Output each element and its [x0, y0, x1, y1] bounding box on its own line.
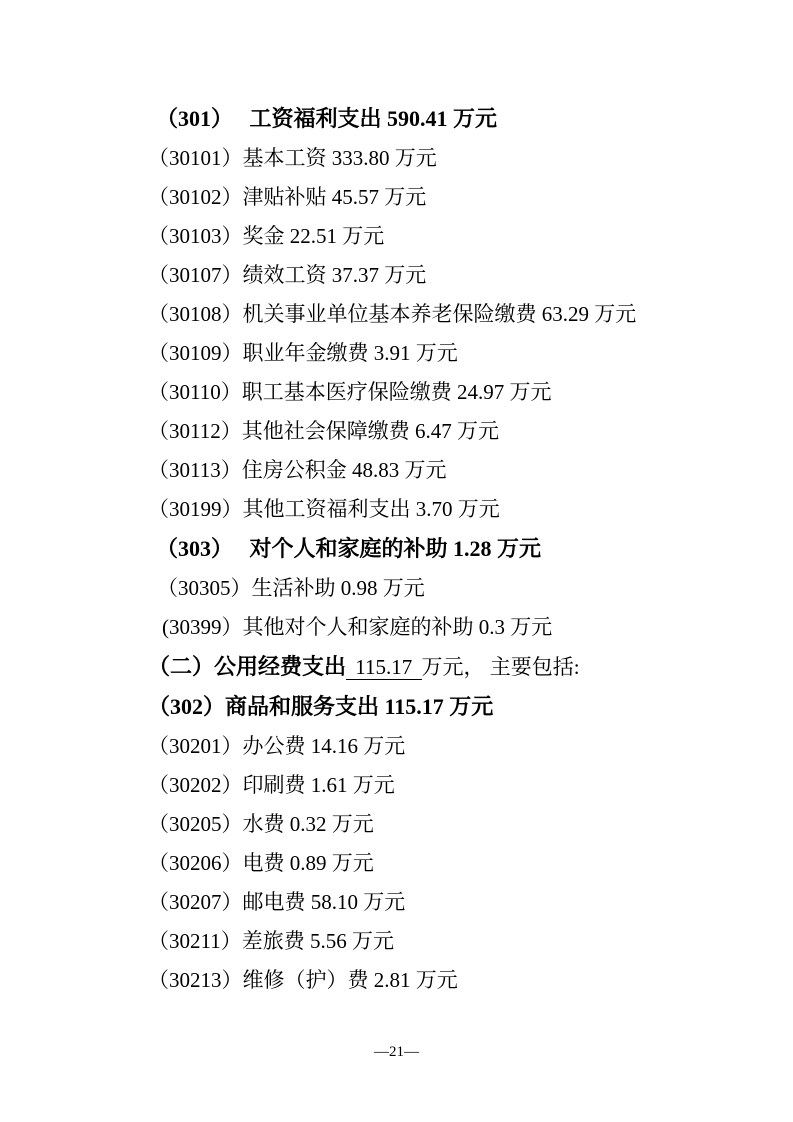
line-text-segment: （30205）水费 0.32 万元 [148, 812, 374, 836]
document-line: （二）公用经费支出 115.17 万元， 主要包括: [148, 647, 743, 687]
document-line: （30305）生活补助 0.98 万元 [148, 569, 743, 608]
document-line: （30202）印刷费 1.61 万元 [148, 766, 743, 805]
document-line: （30201）办公费 14.16 万元 [148, 727, 743, 766]
line-text-segment: （30206）电费 0.89 万元 [148, 851, 374, 875]
document-line: （30103）奖金 22.51 万元 [148, 217, 743, 256]
line-text-segment: （303） 对个人和家庭的补助 1.28 万元 [156, 536, 541, 561]
line-text-segment: （30211）差旅费 5.56 万元 [148, 929, 394, 953]
page-footer: —21— [0, 1042, 793, 1062]
document-line: （30211）差旅费 5.56 万元 [148, 922, 743, 961]
document-line: （30206）电费 0.89 万元 [148, 844, 743, 883]
line-text-segment: （302）商品和服务支出 115.17 万元 [148, 694, 493, 719]
line-text-segment: （30112）其他社会保障缴费 6.47 万元 [148, 419, 499, 443]
line-text-segment: （30213）维修（护）费 2.81 万元 [148, 968, 458, 992]
line-text-segment: （30202）印刷费 1.61 万元 [148, 773, 395, 797]
document-line: （30213）维修（护）费 2.81 万元 [148, 961, 743, 1000]
line-text-segment: （30201）办公费 14.16 万元 [148, 734, 405, 758]
document-line: （30112）其他社会保障缴费 6.47 万元 [148, 412, 743, 451]
document-line: （30101）基本工资 333.80 万元 [148, 139, 743, 178]
document-line: （302）商品和服务支出 115.17 万元 [148, 687, 743, 727]
line-text-segment: （30305）生活补助 0.98 万元 [157, 576, 425, 600]
line-text-segment: （二）公用经费支出 [148, 654, 346, 679]
document-line: （30205）水费 0.32 万元 [148, 805, 743, 844]
document-line: （30108）机关事业单位基本养老保险缴费 63.29 万元 [148, 295, 743, 334]
page-number: —21— [374, 1044, 419, 1060]
document-line: (30399）其他对个人和家庭的补助 0.3 万元 [148, 608, 743, 647]
line-text-segment: （30103）奖金 22.51 万元 [148, 224, 384, 248]
document-line: （30113）住房公积金 48.83 万元 [148, 451, 743, 490]
document-line: （303） 对个人和家庭的补助 1.28 万元 [148, 529, 743, 569]
document-line: （30102）津贴补贴 45.57 万元 [148, 178, 743, 217]
line-text-segment: （30199）其他工资福利支出 3.70 万元 [148, 497, 500, 521]
line-text-segment: 万元， 主要包括: [422, 655, 580, 679]
line-text-segment: （30109）职业年金缴费 3.91 万元 [148, 341, 458, 365]
document-line: （30207）邮电费 58.10 万元 [148, 883, 743, 922]
line-text-segment: 115.17 [346, 655, 421, 680]
line-text-segment: （30113）住房公积金 48.83 万元 [148, 458, 446, 482]
line-text-segment: (30399）其他对个人和家庭的补助 0.3 万元 [162, 615, 552, 639]
document-line: （30107）绩效工资 37.37 万元 [148, 256, 743, 295]
line-text-segment: （30110）职工基本医疗保险缴费 24.97 万元 [148, 380, 551, 404]
line-text-segment: （30101）基本工资 333.80 万元 [148, 146, 437, 170]
document-body: （301） 工资福利支出 590.41 万元（30101）基本工资 333.80… [148, 99, 743, 1000]
document-line: （301） 工资福利支出 590.41 万元 [148, 99, 743, 139]
line-text-segment: （30107）绩效工资 37.37 万元 [148, 263, 426, 287]
line-text-segment: （30108）机关事业单位基本养老保险缴费 63.29 万元 [148, 302, 636, 326]
document-line: （30199）其他工资福利支出 3.70 万元 [148, 490, 743, 529]
document-page: （301） 工资福利支出 590.41 万元（30101）基本工资 333.80… [0, 0, 793, 1122]
line-text-segment: （301） 工资福利支出 590.41 万元 [156, 106, 497, 131]
document-line: （30110）职工基本医疗保险缴费 24.97 万元 [148, 373, 743, 412]
line-text-segment: （30102）津贴补贴 45.57 万元 [148, 185, 426, 209]
line-text-segment: （30207）邮电费 58.10 万元 [148, 890, 405, 914]
document-line: （30109）职业年金缴费 3.91 万元 [148, 334, 743, 373]
